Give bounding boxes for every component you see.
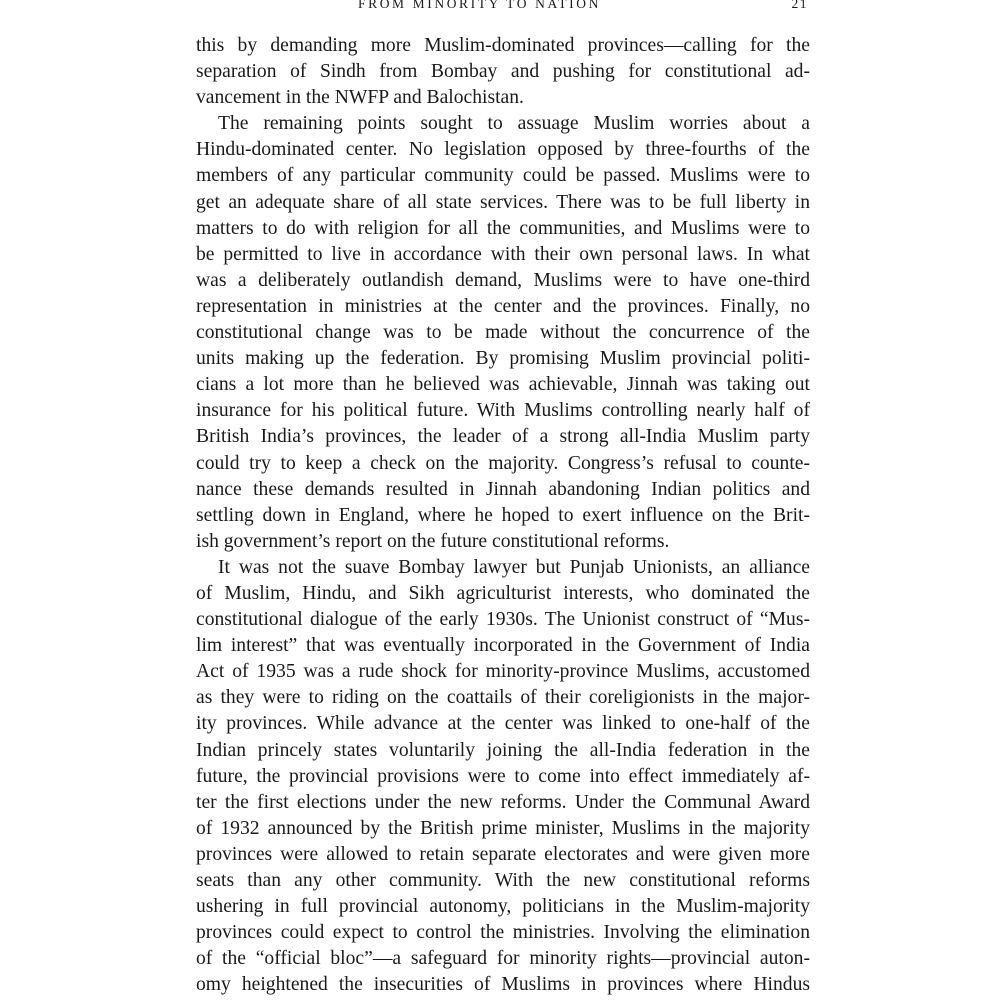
text-line: omy heightened the insecurities of Musli… — [196, 972, 810, 998]
text-line: members of any particular community coul… — [196, 163, 810, 189]
text-line: representation in ministries at the cent… — [196, 294, 810, 320]
text-line: seats than any other community. With the… — [196, 868, 810, 894]
text-line: be permitted to live in accordance with … — [196, 242, 810, 268]
text-line: was a deliberately outlandish demand, Mu… — [196, 268, 810, 294]
text-line: could try to keep a check on the majorit… — [196, 451, 810, 477]
text-line: Hindu-dominated center. No legislation o… — [196, 137, 810, 163]
text-line: of 1932 announced by the British prime m… — [196, 816, 810, 842]
text-line: ity provinces. While advance at the cent… — [196, 711, 810, 737]
text-line: ish government’s report on the future co… — [196, 529, 810, 555]
text-line: nance these demands resulted in Jinnah a… — [196, 477, 810, 503]
running-head: FROM MINORITY TO NATION 21 — [196, 0, 810, 18]
text-line: ter the first elections under the new re… — [196, 790, 810, 816]
text-line: insurance for his political future. With… — [196, 398, 810, 424]
text-line: provinces were allowed to retain separat… — [196, 842, 810, 868]
text-line: this by demanding more Muslim-dominated … — [196, 33, 810, 59]
text-line: lim interest” that was eventually incorp… — [196, 633, 810, 659]
running-title: FROM MINORITY TO NATION — [358, 0, 601, 12]
paragraph-1: this by demanding more Muslim-dominated … — [196, 33, 810, 111]
text-line: cians a lot more than he believed was ac… — [196, 372, 810, 398]
text-line: Act of 1935 was a rude shock for minorit… — [196, 659, 810, 685]
text-line: of Muslim, Hindu, and Sikh agriculturist… — [196, 581, 810, 607]
text-line: constitutional change was to be made wit… — [196, 320, 810, 346]
paragraph-3: It was not the suave Bombay lawyer but P… — [196, 555, 810, 999]
text-line: It was not the suave Bombay lawyer but P… — [196, 555, 810, 581]
page-number: 21 — [792, 0, 809, 12]
text-line: units making up the federation. By promi… — [196, 346, 810, 372]
paragraph-2: The remaining points sought to assuage M… — [196, 111, 810, 555]
text-line: Indian princely states voluntarily joini… — [196, 738, 810, 764]
text-line: future, the provincial provisions were t… — [196, 764, 810, 790]
text-line: vancement in the NWFP and Balochistan. — [196, 85, 810, 111]
text-line: separation of Sindh from Bombay and push… — [196, 59, 810, 85]
text-line: settling down in England, where he hoped… — [196, 503, 810, 529]
text-line: as they were to riding on the coattails … — [196, 685, 810, 711]
text-line: provinces could expect to control the mi… — [196, 920, 810, 946]
text-line: matters to do with religion for all the … — [196, 216, 810, 242]
text-line: constitutional dialogue of the early 193… — [196, 607, 810, 633]
text-line: ushering in full provincial autonomy, po… — [196, 894, 810, 920]
text-line: The remaining points sought to assuage M… — [196, 111, 810, 137]
text-line: British India’s provinces, the leader of… — [196, 424, 810, 450]
body-text: this by demanding more Muslim-dominated … — [196, 33, 810, 998]
text-line: get an adequate share of all state servi… — [196, 190, 810, 216]
text-line: of the “official bloc”—a safeguard for m… — [196, 946, 810, 972]
